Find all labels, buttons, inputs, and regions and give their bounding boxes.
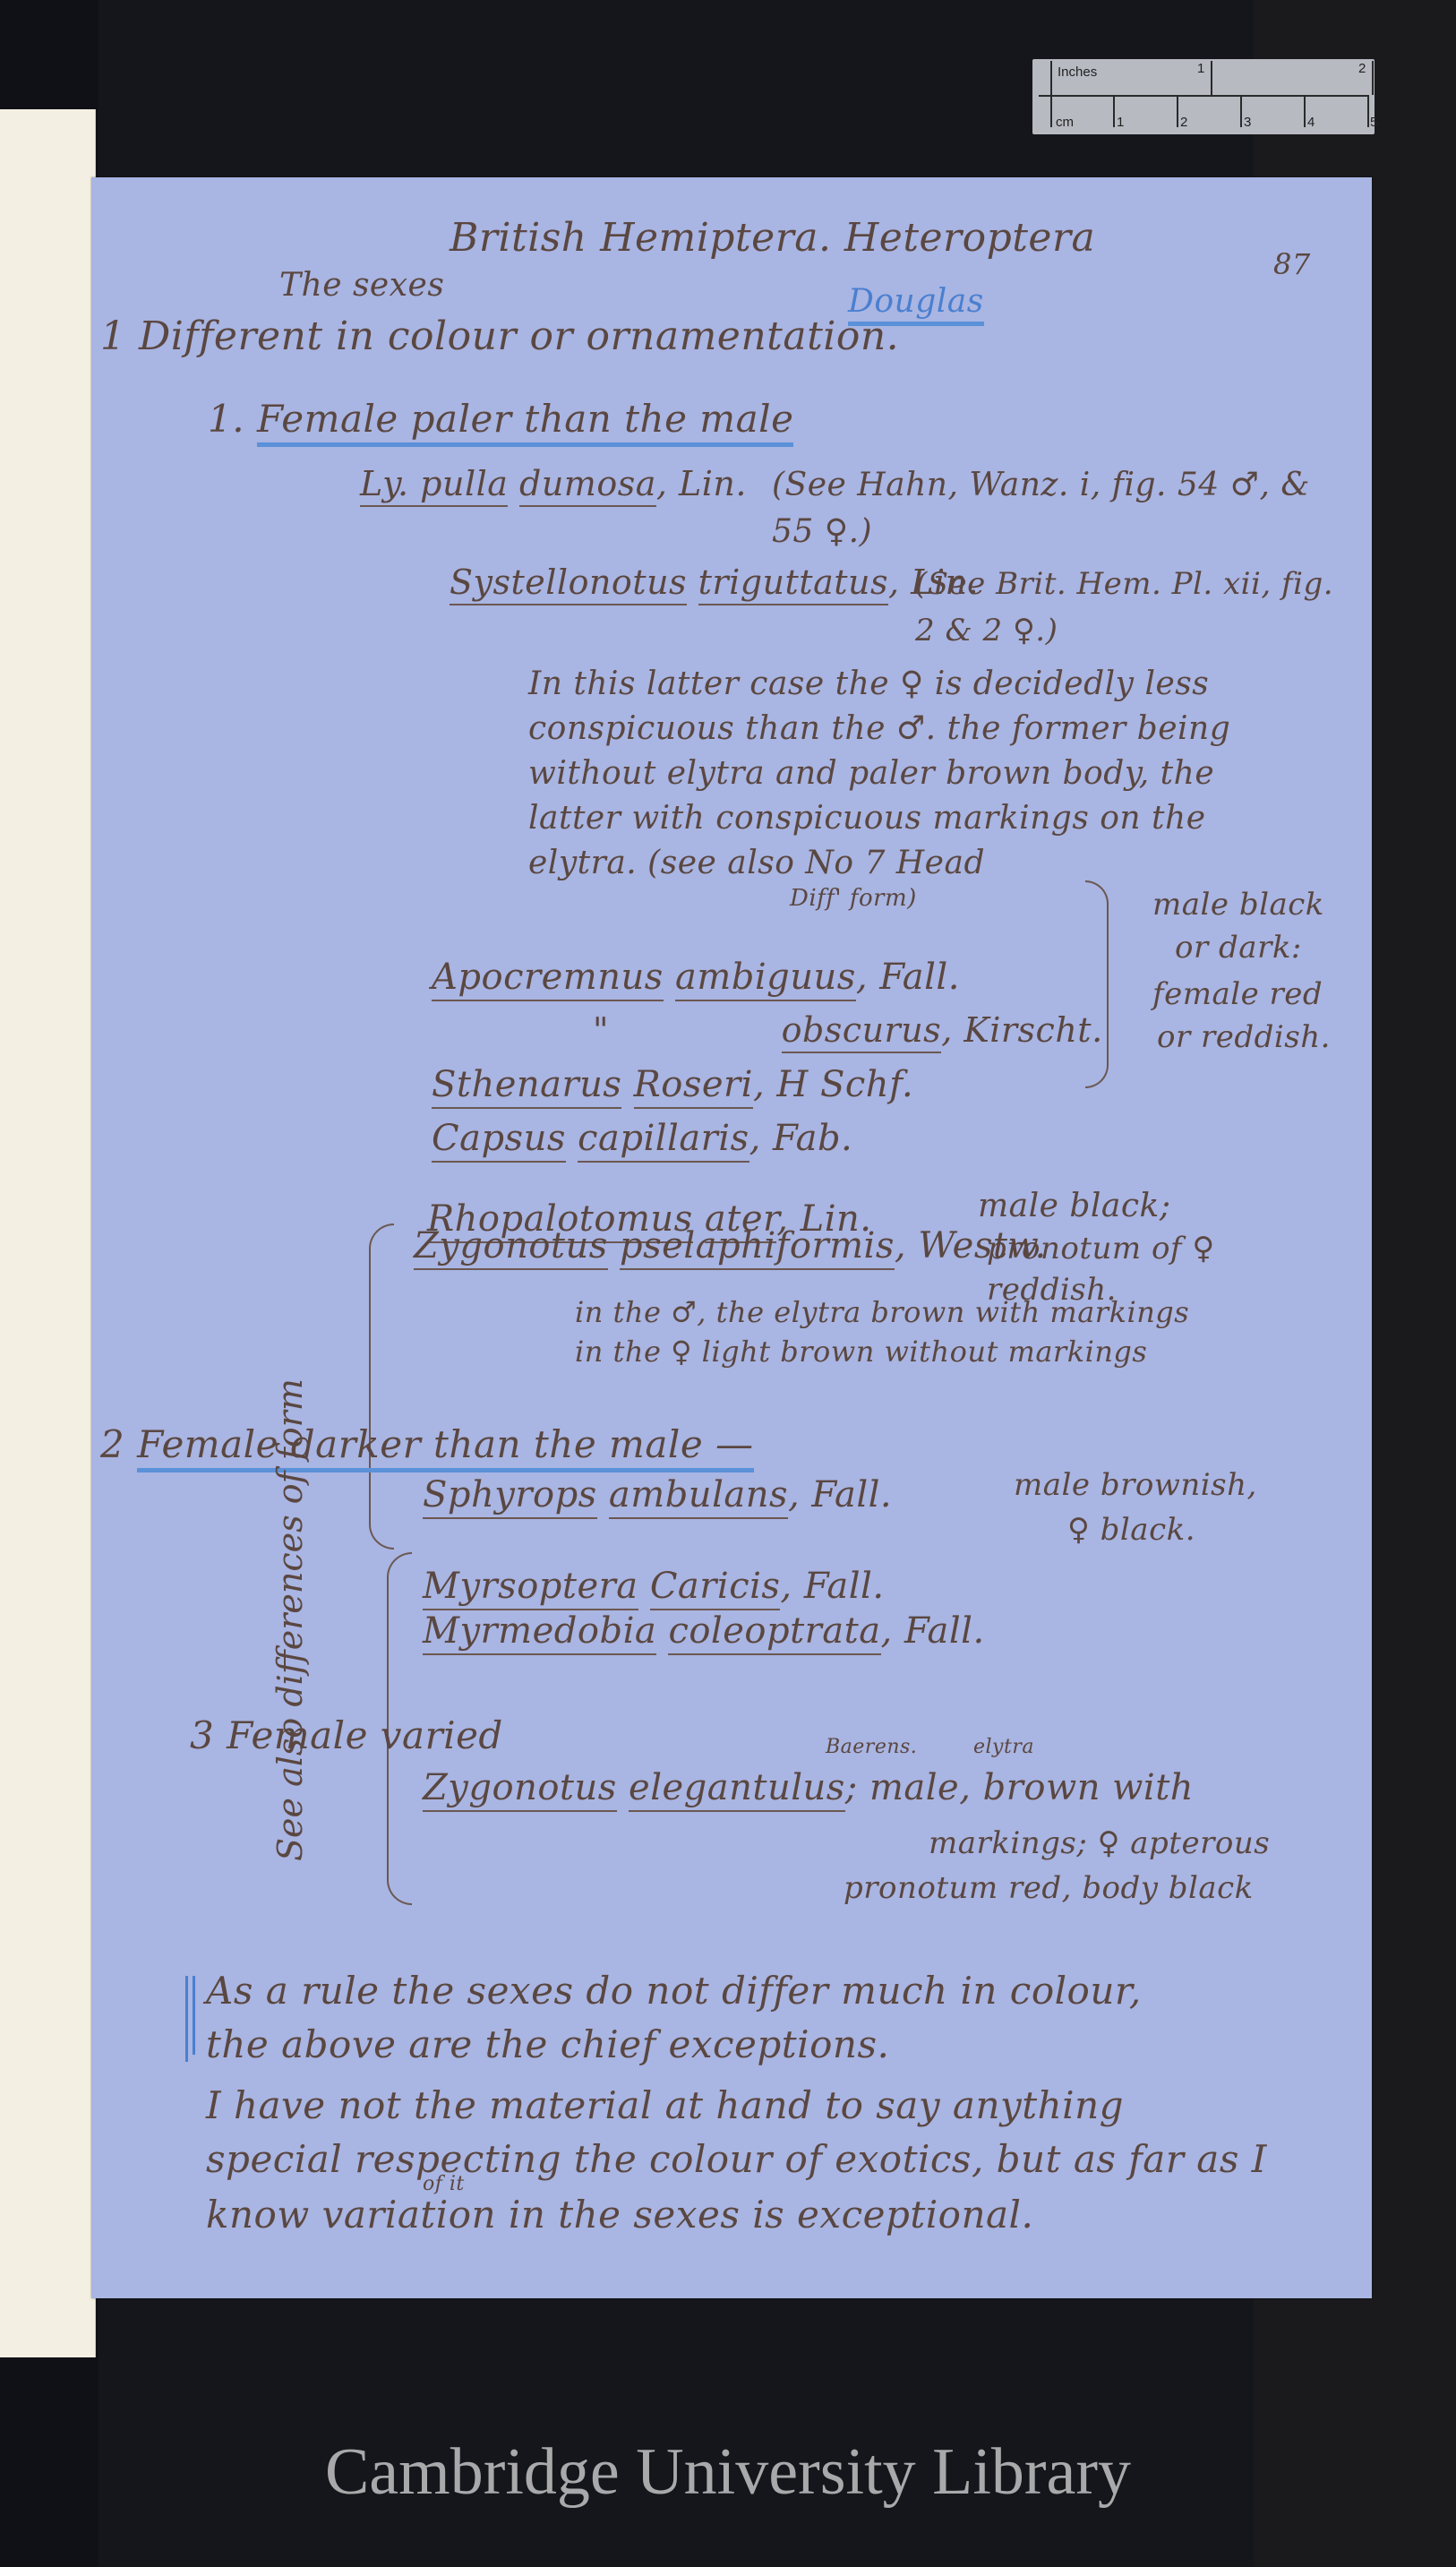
ruler-cm-mark: 4	[1307, 115, 1315, 130]
group-note-line: or dark:	[1175, 930, 1302, 966]
ruler-cm-mark: 5	[1370, 115, 1377, 130]
group-note-line: or reddish.	[1157, 1019, 1331, 1055]
manuscript-sheet: British Hemiptera. Heteroptera 87 Dougla…	[91, 177, 1372, 2298]
comment-line: elytra. (see also No 7 Head	[528, 845, 985, 881]
note-line: ♀ black.	[1067, 1512, 1195, 1548]
section-1-title: 1. Female paler than the male	[208, 397, 793, 441]
superscript-note: Baerens.	[826, 1736, 917, 1758]
ruler-cm-mark: 2	[1180, 115, 1187, 130]
conclusion-line: special respecting the colour of exotics…	[206, 2137, 1267, 2181]
comment-line: without elytra and paler brown body, the	[528, 755, 1214, 792]
note-line: male brownish,	[1014, 1467, 1257, 1503]
page-title: British Hemiptera. Heteroptera	[450, 215, 1095, 261]
note-line: in the ♂, the elytra brown with markings	[575, 1295, 1189, 1329]
group-note-line: male black	[1152, 887, 1324, 923]
right-bracket	[1085, 880, 1109, 1088]
ruler-cm-label: cm	[1056, 115, 1074, 130]
group-note-line: female red	[1152, 976, 1323, 1012]
blue-margin-mark	[193, 1976, 195, 2055]
ruler-axis	[1039, 95, 1369, 97]
species-entry: " obscurus, Kirscht.	[593, 1010, 1103, 1050]
conclusion-line: know variation in the sexes is exception…	[206, 2193, 1033, 2236]
species-entry: Zygonotus elegantulus; male, brown with	[423, 1767, 1194, 1808]
conclusion-line: the above are the chief exceptions.	[206, 2022, 889, 2066]
ruler-tick	[1050, 61, 1052, 95]
left-bracket	[369, 1223, 394, 1550]
ruler-tick	[1211, 61, 1212, 95]
page-number: 87	[1273, 247, 1311, 281]
section-2-title: 2 Female darker than the male —	[100, 1422, 754, 1466]
species-entry: Ly. pulla dumosa, Lin.	[360, 464, 747, 503]
ruler-inches-label: Inches	[1058, 64, 1097, 80]
species-entry: Sthenarus Roseri, H Schf.	[432, 1064, 913, 1105]
ruler-tick	[1113, 97, 1115, 127]
species-entry: Systellonotus triguttatus, Lin.	[450, 562, 979, 602]
section-heading: 1 Different in colour or ornamentation.	[100, 313, 899, 359]
species-entry: Capsus capillaris, Fab.	[432, 1118, 852, 1159]
species-entry: Apocremnus ambiguus, Fall.	[432, 957, 960, 998]
note-line: markings; ♀ apterous	[929, 1825, 1270, 1861]
ruler-tick	[1050, 97, 1052, 127]
ruler-tick	[1304, 97, 1306, 127]
ruler-cm-mark: 3	[1244, 115, 1251, 130]
note-line: pronotum red, body black	[844, 1870, 1254, 1906]
comment-subnote: Diff' form)	[790, 885, 917, 912]
ruler-tick	[1177, 97, 1178, 127]
species-entry: Myrsoptera Caricis, Fall.	[423, 1566, 885, 1607]
ruler-inch-mark: 2	[1358, 61, 1366, 76]
blue-margin-mark	[185, 1976, 188, 2062]
ruler-inch-mark: 1	[1197, 61, 1204, 76]
library-watermark: Cambridge University Library	[0, 2434, 1456, 2511]
note-line: in the ♀ light brown without markings	[575, 1335, 1147, 1369]
section-3-title: 3 Female varied	[190, 1713, 503, 1757]
scale-ruler: Inches 1 2 cm 1 2 3 4 5	[1032, 59, 1375, 134]
ruler-tick	[1367, 97, 1369, 127]
ruler-tick	[1240, 97, 1242, 127]
flyleaf-page	[0, 109, 96, 2357]
reference-note: (See Brit. Hem. Pl. xii, fig. 2 & 2 ♀.)	[915, 561, 1345, 654]
comment-line: conspicuous than the ♂. the former being	[528, 710, 1230, 747]
species-entry: Myrmedobia coleoptrata, Fall.	[423, 1610, 985, 1652]
species-entry: Zygonotus pselaphiformis, Westw.	[414, 1225, 1047, 1266]
comment-line: latter with conspicuous markings on the	[528, 800, 1206, 837]
margin-vertical-note: See also differences of form	[270, 1378, 310, 1861]
comment-line: In this latter case the ♀ is decidedly l…	[528, 665, 1209, 702]
reference-note: (See Hahn, Wanz. i, fig. 54 ♂, & 55 ♀.)	[772, 462, 1345, 555]
heading-superscript: The sexes	[279, 267, 444, 304]
note-line: male black;	[978, 1188, 1171, 1224]
superscript-note: elytra	[973, 1736, 1034, 1758]
conclusion-line: As a rule the sexes do not differ much i…	[206, 1969, 1142, 2013]
ruler-cm-mark: 1	[1117, 115, 1124, 130]
ruler-tick	[1372, 61, 1374, 95]
conclusion-line: I have not the material at hand to say a…	[206, 2083, 1124, 2127]
species-entry: Sphyrops ambulans, Fall.	[423, 1474, 892, 1515]
